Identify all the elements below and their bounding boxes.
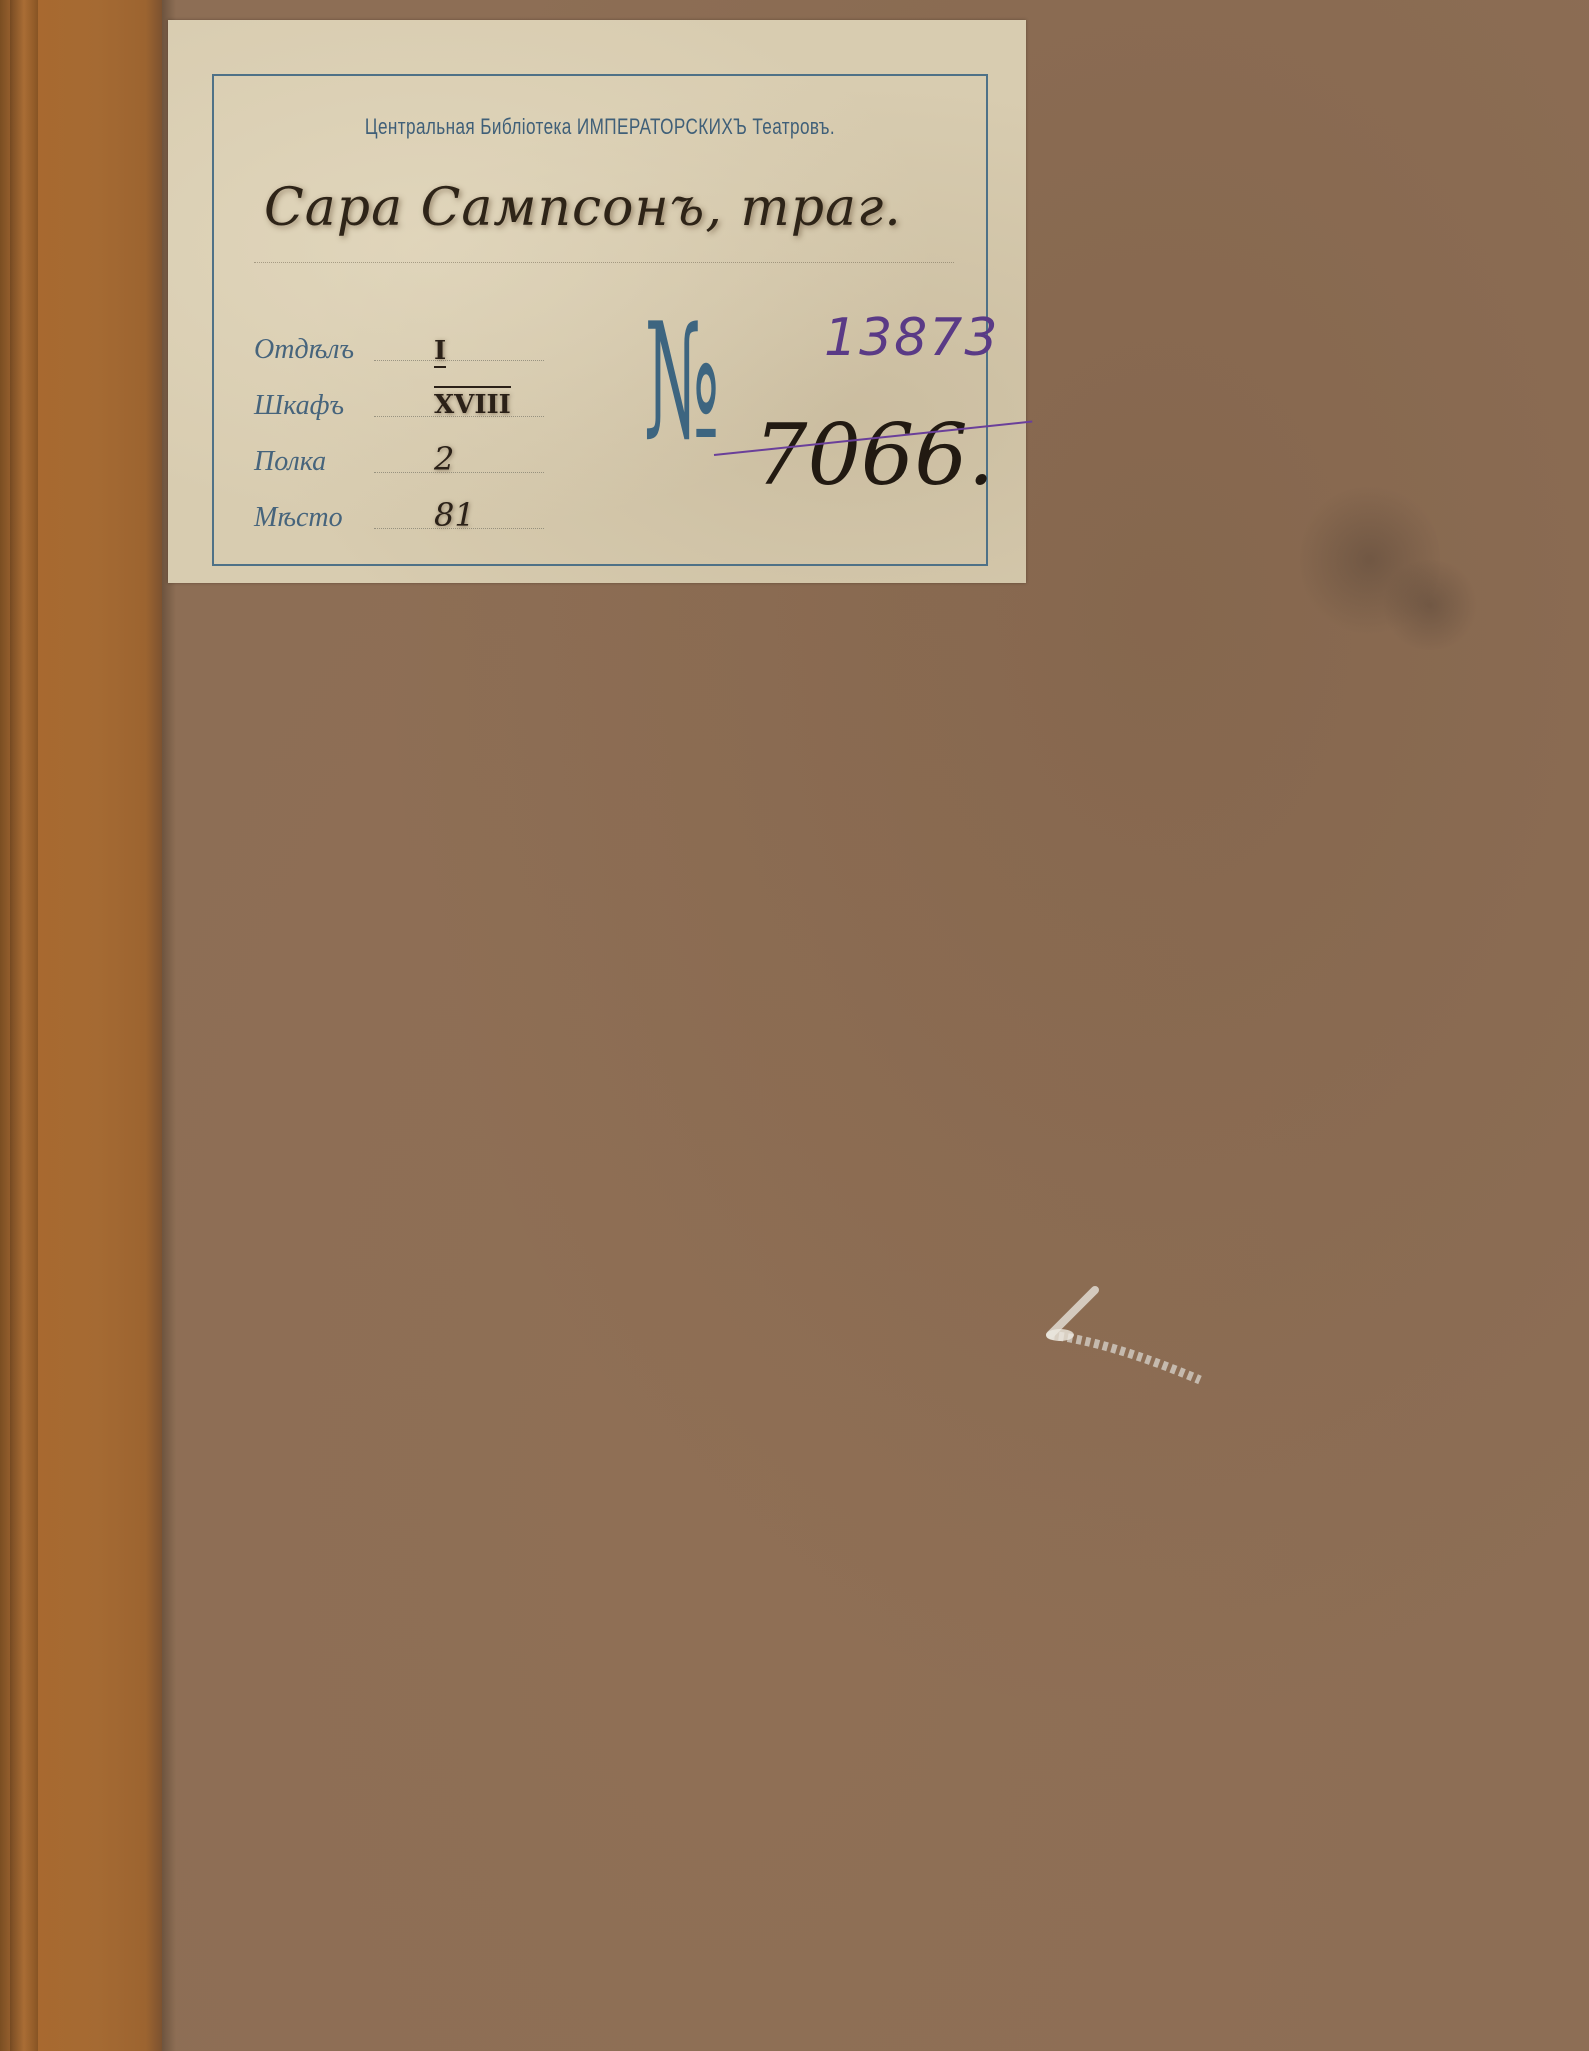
dotted-line bbox=[374, 472, 544, 473]
dotted-line bbox=[374, 360, 544, 361]
spine-edge bbox=[10, 0, 38, 2051]
field-shelf: Полка 2 bbox=[254, 446, 574, 502]
field-department: Отдѣлъ I bbox=[254, 334, 574, 390]
field-label: Полка bbox=[254, 446, 326, 478]
field-value: 2 bbox=[434, 440, 454, 478]
library-label: Центральная Библіотека ИМПЕРАТОРСКИХЪ Те… bbox=[168, 20, 1026, 583]
field-label: Шкафъ bbox=[254, 390, 344, 422]
field-label: Мѣсто bbox=[254, 502, 343, 534]
scuff-mark bbox=[1040, 1280, 1210, 1390]
field-value: XVIII bbox=[434, 386, 511, 420]
title-dotted-line bbox=[254, 262, 954, 263]
stain bbox=[1380, 560, 1480, 650]
handwritten-title: Сара Сампсонъ, траг. bbox=[264, 178, 902, 238]
catalog-number-crossed: 7066. bbox=[754, 406, 994, 504]
field-place: Мѣсто 81 bbox=[254, 502, 574, 558]
field-value: 81 bbox=[434, 496, 475, 534]
field-cabinet: Шкафъ XVIII bbox=[254, 390, 574, 446]
library-header: Центральная Библіотека ИМПЕРАТОРСКИХЪ Те… bbox=[299, 114, 901, 140]
numero-sign: № bbox=[644, 302, 720, 462]
field-label: Отдѣлъ bbox=[254, 334, 354, 366]
shelf-fields: Отдѣлъ I Шкафъ XVIII Полка 2 Мѣсто 81 bbox=[254, 334, 574, 558]
field-value: I bbox=[434, 336, 446, 368]
label-frame: Центральная Библіотека ИМПЕРАТОРСКИХЪ Те… bbox=[212, 74, 988, 566]
catalog-number-current: 13873 bbox=[824, 308, 999, 368]
